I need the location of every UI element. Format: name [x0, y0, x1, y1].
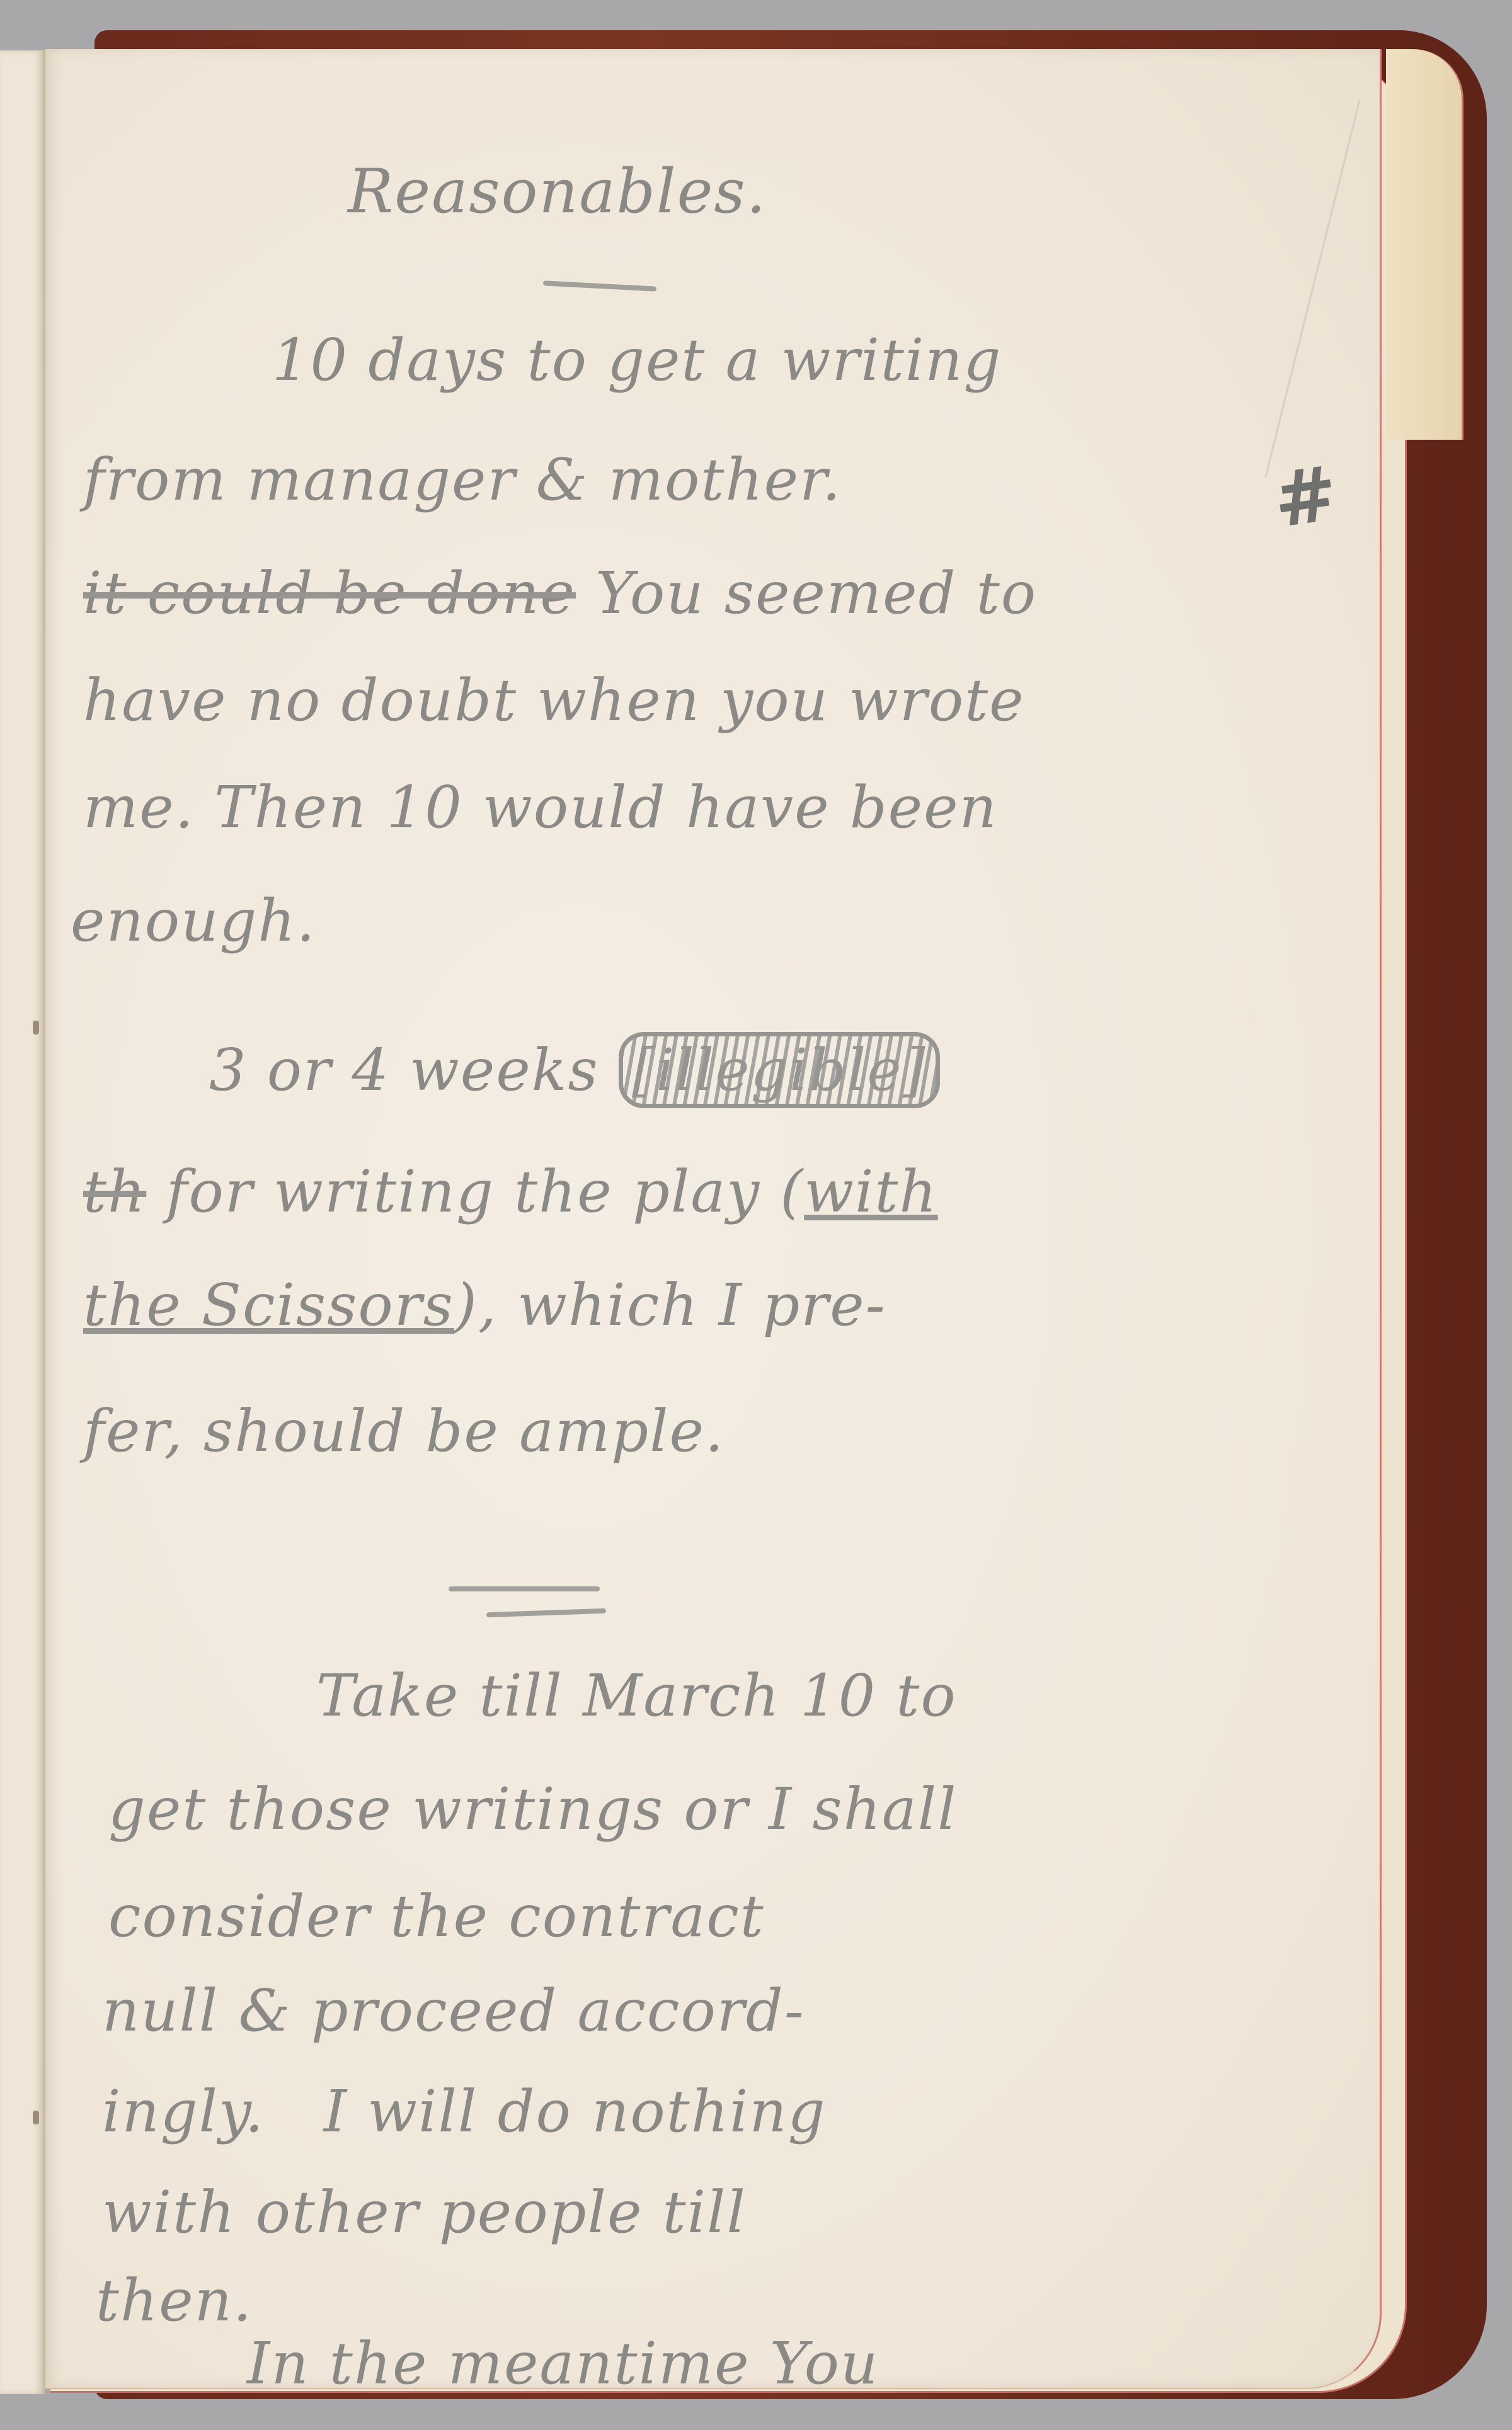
binding-stitch — [33, 2111, 39, 2124]
s3-line-5: ingly. I will do nothing — [102, 2078, 827, 2145]
scribbled-out-word: [illegible] — [619, 1032, 940, 1108]
s3-line-1: Take till March 10 to — [316, 1662, 957, 1729]
s1-line-6: enough. — [71, 887, 316, 954]
notebook-page: Reasonables. 10 days to get a writing fr… — [45, 49, 1382, 2389]
previous-page-strip — [0, 50, 45, 2394]
s3-line-4: null & proceed accord- — [102, 1977, 805, 2044]
s1-line-5: me. Then 10 would have been — [83, 774, 998, 841]
s2-line-1: 3 or 4 weeks [illegible] — [209, 1032, 940, 1108]
page-title: Reasonables. — [348, 156, 767, 227]
line-text: for writing the play ( — [146, 1158, 804, 1225]
line-text: You seemed to — [576, 559, 1037, 627]
struck-text: th — [83, 1158, 146, 1225]
line-text: 3 or 4 weeks — [209, 1036, 619, 1104]
s1-line-4: have no doubt when you wrote — [83, 667, 1025, 734]
s1-line-2: from manager & mother. — [83, 446, 842, 513]
s2-line-2: th for writing the play (with — [83, 1158, 938, 1225]
s3-line-6: with other people till — [102, 2179, 747, 2246]
binding-stitch — [33, 1021, 39, 1034]
struck-text: it could be done — [83, 559, 576, 627]
margin-hatch-mark: # — [1268, 449, 1343, 546]
folded-corner-tab — [1386, 49, 1463, 440]
underlined-text: the Scissors — [83, 1271, 454, 1339]
s1-line-3: it could be done You seemed to — [83, 559, 1037, 627]
section-divider — [449, 1586, 600, 1591]
section-divider — [486, 1608, 606, 1618]
s2-line-3: the Scissors), which I pre- — [83, 1271, 886, 1339]
s3-line-3: consider the contract — [108, 1883, 765, 1950]
s2-line-4: fer, should be ample. — [83, 1397, 724, 1465]
s3-line-7: then. — [96, 2267, 253, 2334]
line-text: ), which I pre- — [454, 1271, 886, 1339]
s3-line-2: get those writings or I shall — [108, 1775, 958, 1843]
title-underline — [543, 280, 656, 291]
s1-line-1: 10 days to get a writing — [272, 326, 1002, 394]
underlined-text: with — [804, 1158, 937, 1225]
paper-crease — [1264, 100, 1366, 478]
s3-line-8: In the meantime You — [247, 2330, 879, 2397]
